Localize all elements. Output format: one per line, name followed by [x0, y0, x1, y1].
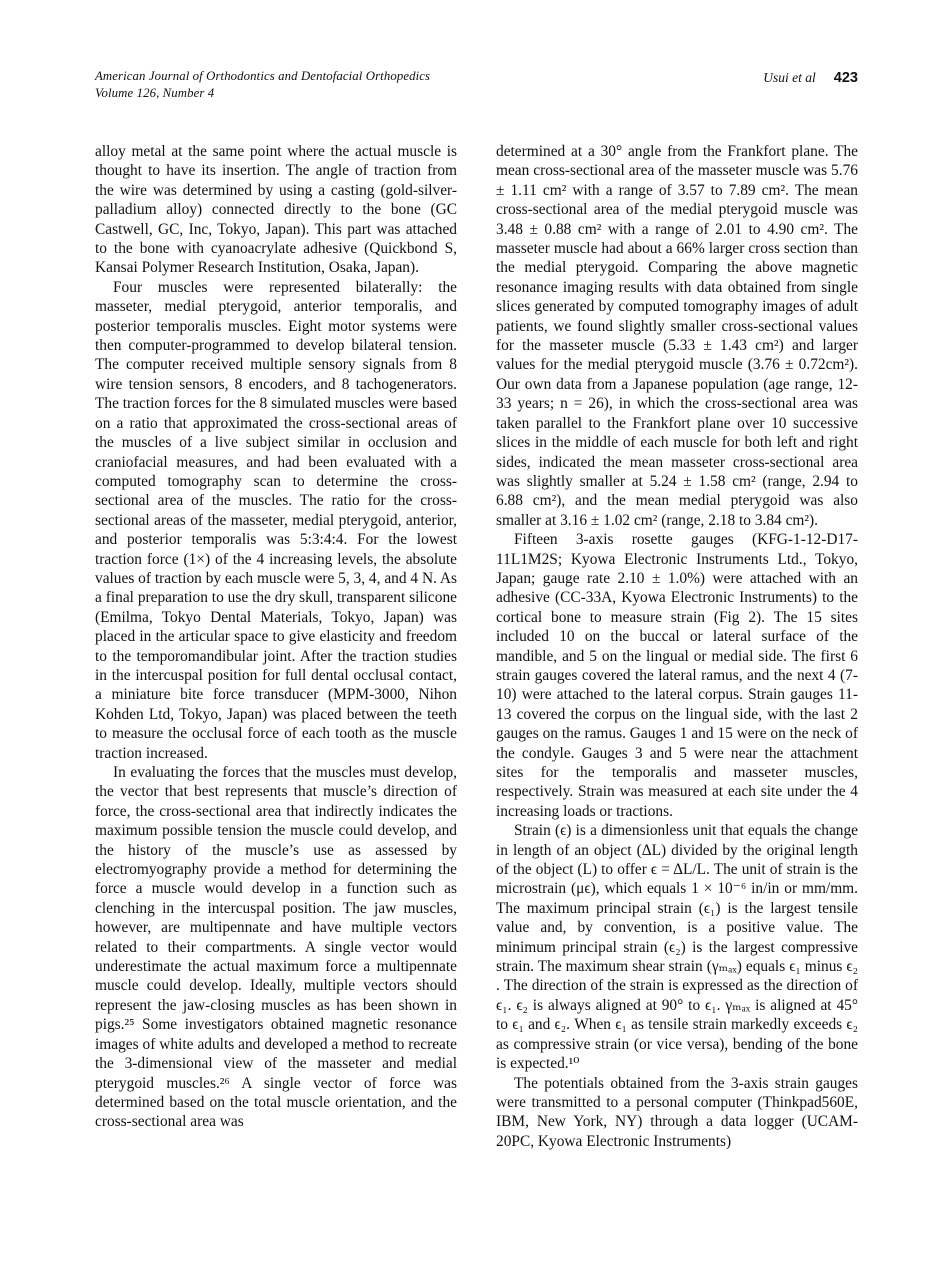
- paragraph: In evaluating the forces that the muscle…: [95, 763, 457, 1132]
- paragraph: The potentials obtained from the 3-axis …: [496, 1074, 858, 1152]
- page-number: 423: [834, 70, 858, 86]
- right-column: determined at a 30° angle from the Frank…: [496, 142, 858, 1151]
- page-header: American Journal of Orthodontics and Den…: [95, 68, 858, 101]
- running-head: Usui et al 423: [763, 68, 858, 87]
- left-column: alloy metal at the same point where the …: [95, 142, 457, 1151]
- paragraph: determined at a 30° angle from the Frank…: [496, 142, 858, 530]
- paragraph: alloy metal at the same point where the …: [95, 142, 457, 278]
- body-columns: alloy metal at the same point where the …: [95, 142, 858, 1151]
- paragraph: Four muscles were represented bilaterall…: [95, 278, 457, 763]
- paragraph: Fifteen 3-axis rosette gauges (KFG-1-12-…: [496, 530, 858, 821]
- journal-volume: Volume 126, Number 4: [95, 85, 430, 102]
- running-head-authors: Usui et al: [763, 70, 816, 85]
- journal-info: American Journal of Orthodontics and Den…: [95, 68, 430, 101]
- journal-page: American Journal of Orthodontics and Den…: [0, 0, 950, 1272]
- paragraph: Strain (ϵ) is a dimensionless unit that …: [496, 821, 858, 1073]
- journal-title: American Journal of Orthodontics and Den…: [95, 68, 430, 85]
